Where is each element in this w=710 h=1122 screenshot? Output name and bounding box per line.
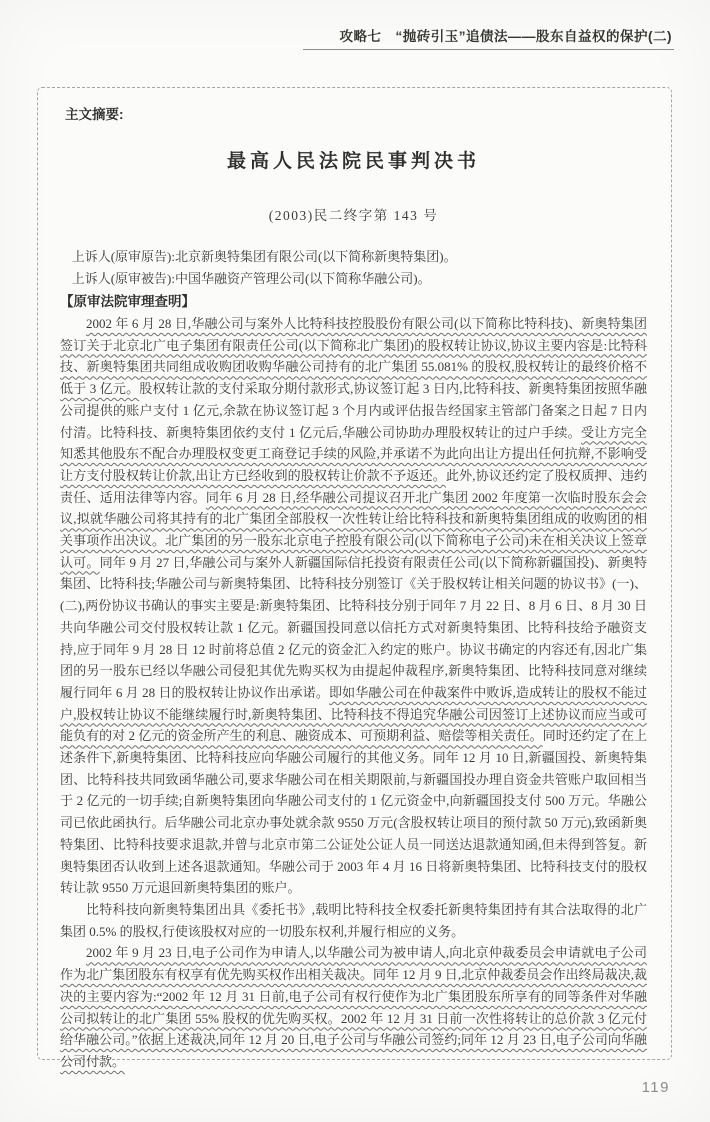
body-paragraph: 2002 年 6 月 28 日,华融公司与案外人比特科技控股股份有限公司(以下简… — [60, 313, 647, 899]
appellant-original-defendant: 上诉人(原审被告):中国华融资产管理公司(以下简称华融公司)。 — [60, 268, 647, 290]
plain-passage: 股权转让款的支付采取分期付款形式,协议签订起 3 日内,比特科技、新奥特集团按照… — [60, 381, 647, 439]
body-paragraphs: 2002 年 6 月 28 日,华融公司与案外人比特科技控股股份有限公司(以下简… — [60, 313, 647, 1073]
running-header: 攻略七 “抛砖引玉”追债法——股东自益权的保护(二) — [340, 25, 673, 45]
book-page: 攻略七 “抛砖引玉”追债法——股东自益权的保护(二) 主文摘要: 最高人民法院民… — [0, 0, 710, 1122]
case-number: (2003)民二终字第 143 号 — [60, 204, 647, 224]
summary-label: 主文摘要: — [65, 103, 647, 123]
body-paragraph: 比特科技向新奥特集团出具《委托书》,载明比特科技全权委托新奥特集团持有其合法取得… — [60, 899, 647, 942]
plain-passage: 同年 9 月 27 日,华融公司与案外人新疆国际信托投资有限责任公司(以下简称新… — [60, 555, 647, 700]
header-rule — [303, 49, 674, 50]
appellant-original-plaintiff: 上诉人(原审原告):北京新奥特集团有限公司(以下简称新奥特集团)。 — [60, 246, 647, 268]
page-number: 119 — [642, 1079, 670, 1096]
plain-passage: 比特科技向新奥特集团出具《委托书》,载明比特科技全权委托新奥特集团持有其合法取得… — [60, 902, 647, 939]
section-heading: 【原审法院审理查明】 — [60, 291, 647, 313]
plain-passage: 同时还约定了在上述条件下,新奥特集团、比特科技应向华融公司履行的其他义务。同年 … — [60, 728, 647, 895]
annotated-passage: 2002 年 9 月 23 日,电子公司作为申请人,以华融公司为被申请人,向北京… — [60, 945, 647, 1069]
document-title: 最高人民法院民事判决书 — [60, 146, 647, 173]
body-paragraph: 2002 年 9 月 23 日,电子公司作为申请人,以华融公司为被申请人,向北京… — [60, 942, 647, 1072]
summary-box: 主文摘要: 最高人民法院民事判决书 (2003)民二终字第 143 号 上诉人(… — [37, 87, 672, 1060]
